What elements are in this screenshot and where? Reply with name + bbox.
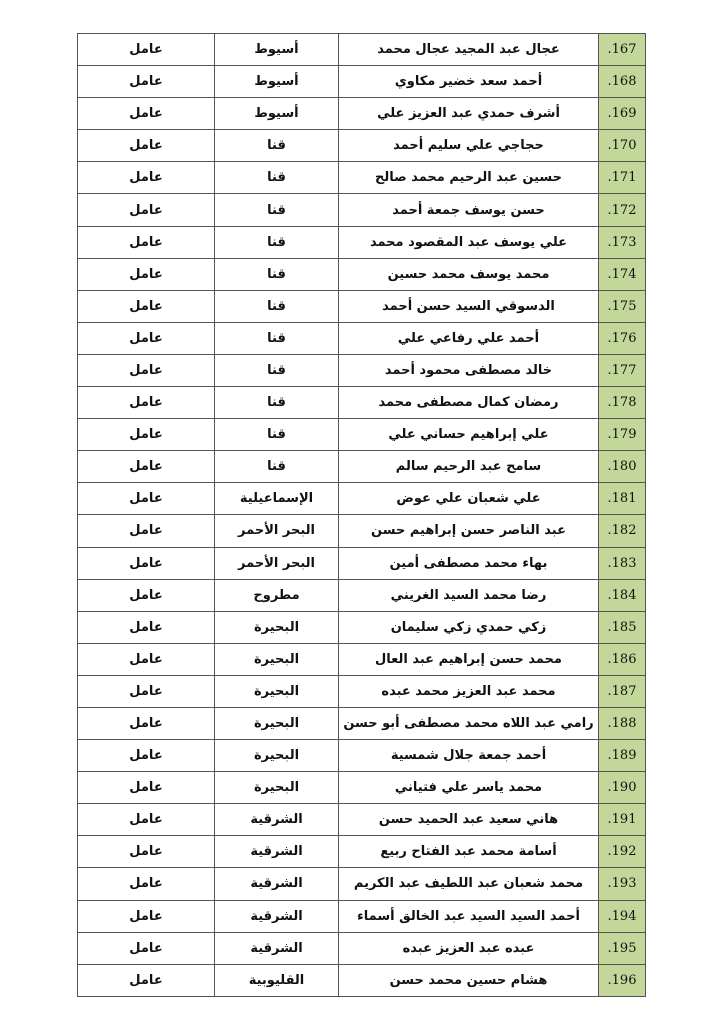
row-number-cell: .182 xyxy=(599,515,646,547)
row-number-cell: .171 xyxy=(599,162,646,194)
governorate-cell: البحر الأحمر xyxy=(215,547,339,579)
name-cell: زكي حمدي زكي سليمان xyxy=(339,611,599,643)
row-number-cell: .187 xyxy=(599,675,646,707)
job-cell: عامل xyxy=(78,964,215,996)
governorate-cell: البحر الأحمر xyxy=(215,515,339,547)
job-cell: عامل xyxy=(78,387,215,419)
table-row: عامل قنا علي إبراهيم حساني علي .179 xyxy=(78,419,646,451)
governorate-cell: البحيرة xyxy=(215,772,339,804)
name-cell: رمضان كمال مصطفى محمد xyxy=(339,387,599,419)
row-number-cell: .172 xyxy=(599,194,646,226)
name-cell: محمد عبد العزيز محمد عبده xyxy=(339,675,599,707)
table-row: عامل قنا خالد مصطفى محمود أحمد .177 xyxy=(78,354,646,386)
name-cell: محمد شعبان عبد اللطيف عبد الكريم xyxy=(339,868,599,900)
governorate-cell: قنا xyxy=(215,258,339,290)
governorate-cell: أسيوط xyxy=(215,98,339,130)
row-number-cell: .184 xyxy=(599,579,646,611)
row-number-cell: .177 xyxy=(599,354,646,386)
name-cell: عبد الناصر حسن إبراهيم حسن xyxy=(339,515,599,547)
row-number-cell: .174 xyxy=(599,258,646,290)
row-number-cell: .181 xyxy=(599,483,646,515)
name-cell: حسين عبد الرحيم محمد صالح xyxy=(339,162,599,194)
row-number-cell: .185 xyxy=(599,611,646,643)
name-cell: عجال عبد المجيد عجال محمد xyxy=(339,34,599,66)
row-number-cell: .170 xyxy=(599,130,646,162)
row-number-cell: .193 xyxy=(599,868,646,900)
name-cell: الدسوقي السيد حسن أحمد xyxy=(339,290,599,322)
name-cell: أشرف حمدي عبد العزيز علي xyxy=(339,98,599,130)
job-cell: عامل xyxy=(78,515,215,547)
table-row: عامل البحيرة محمد ياسر علي فتياني .190 xyxy=(78,772,646,804)
job-cell: عامل xyxy=(78,194,215,226)
row-number-cell: .186 xyxy=(599,643,646,675)
governorate-cell: قنا xyxy=(215,387,339,419)
row-number-cell: .192 xyxy=(599,836,646,868)
name-cell: أحمد جمعة جلال شمسية xyxy=(339,740,599,772)
name-cell: أسامة محمد عبد الفتاح ربيع xyxy=(339,836,599,868)
job-cell: عامل xyxy=(78,354,215,386)
governorate-cell: البحيرة xyxy=(215,611,339,643)
job-cell: عامل xyxy=(78,836,215,868)
row-number-cell: .196 xyxy=(599,964,646,996)
table-row: عامل البحيرة أحمد جمعة جلال شمسية .189 xyxy=(78,740,646,772)
job-cell: عامل xyxy=(78,162,215,194)
governorate-cell: قنا xyxy=(215,162,339,194)
name-cell: علي إبراهيم حساني علي xyxy=(339,419,599,451)
governorate-cell: البحيرة xyxy=(215,707,339,739)
governorate-cell: أسيوط xyxy=(215,34,339,66)
row-number-cell: .195 xyxy=(599,932,646,964)
table-row: عامل قنا حجاجي علي سليم أحمد .170 xyxy=(78,130,646,162)
table-row: عامل قنا أحمد علي رفاعي علي .176 xyxy=(78,322,646,354)
governorate-cell: الشرقية xyxy=(215,900,339,932)
governorate-cell: قنا xyxy=(215,451,339,483)
name-cell: حجاجي علي سليم أحمد xyxy=(339,130,599,162)
governorate-cell: قنا xyxy=(215,419,339,451)
row-number-cell: .190 xyxy=(599,772,646,804)
table-row: عامل البحيرة محمد حسن إبراهيم عبد العال … xyxy=(78,643,646,675)
row-number-cell: .180 xyxy=(599,451,646,483)
job-cell: عامل xyxy=(78,707,215,739)
job-cell: عامل xyxy=(78,675,215,707)
governorate-cell: البحيرة xyxy=(215,740,339,772)
job-cell: عامل xyxy=(78,290,215,322)
job-cell: عامل xyxy=(78,483,215,515)
table-row: عامل الشرقية عبده عبد العزيز عبده .195 xyxy=(78,932,646,964)
name-cell: محمد حسن إبراهيم عبد العال xyxy=(339,643,599,675)
row-number-cell: .169 xyxy=(599,98,646,130)
job-cell: عامل xyxy=(78,868,215,900)
row-number-cell: .176 xyxy=(599,322,646,354)
job-cell: عامل xyxy=(78,419,215,451)
table-row: عامل الشرقية أسامة محمد عبد الفتاح ربيع … xyxy=(78,836,646,868)
governorate-cell: أسيوط xyxy=(215,66,339,98)
name-cell: أحمد سعد خضير مكاوي xyxy=(339,66,599,98)
job-cell: عامل xyxy=(78,98,215,130)
table-row: عامل قنا محمد يوسف محمد حسين .174 xyxy=(78,258,646,290)
table-row: عامل القليوبية هشام حسين محمد حسن .196 xyxy=(78,964,646,996)
name-cell: عبده عبد العزيز عبده xyxy=(339,932,599,964)
name-cell: أحمد علي رفاعي علي xyxy=(339,322,599,354)
table-row: عامل الشرقية هاني سعيد عبد الحميد حسن .1… xyxy=(78,804,646,836)
job-cell: عامل xyxy=(78,804,215,836)
workers-table-body: عامل أسيوط عجال عبد المجيد عجال محمد .16… xyxy=(78,34,646,997)
governorate-cell: قنا xyxy=(215,130,339,162)
governorate-cell: الإسماعيلية xyxy=(215,483,339,515)
table-row: عامل قنا حسن يوسف جمعة أحمد .172 xyxy=(78,194,646,226)
table-row: عامل الشرقية محمد شعبان عبد اللطيف عبد ا… xyxy=(78,868,646,900)
row-number-cell: .189 xyxy=(599,740,646,772)
name-cell: بهاء محمد مصطفى أمين xyxy=(339,547,599,579)
row-number-cell: .188 xyxy=(599,707,646,739)
governorate-cell: القليوبية xyxy=(215,964,339,996)
table-row: عامل أسيوط أحمد سعد خضير مكاوي .168 xyxy=(78,66,646,98)
job-cell: عامل xyxy=(78,611,215,643)
row-number-cell: .167 xyxy=(599,34,646,66)
table-row: عامل قنا الدسوقي السيد حسن أحمد .175 xyxy=(78,290,646,322)
governorate-cell: قنا xyxy=(215,226,339,258)
table-row: عامل قنا رمضان كمال مصطفى محمد .178 xyxy=(78,387,646,419)
job-cell: عامل xyxy=(78,900,215,932)
table-row: عامل قنا علي يوسف عبد المقصود محمد .173 xyxy=(78,226,646,258)
job-cell: عامل xyxy=(78,451,215,483)
table-row: عامل أسيوط أشرف حمدي عبد العزيز علي .169 xyxy=(78,98,646,130)
name-cell: أحمد السيد السيد عبد الخالق أسماء xyxy=(339,900,599,932)
table-row: عامل الشرقية أحمد السيد السيد عبد الخالق… xyxy=(78,900,646,932)
governorate-cell: البحيرة xyxy=(215,675,339,707)
table-row: عامل مطروح رضا محمد السيد الغريني .184 xyxy=(78,579,646,611)
table-row: عامل الإسماعيلية علي شعبان علي عوض .181 xyxy=(78,483,646,515)
name-cell: علي يوسف عبد المقصود محمد xyxy=(339,226,599,258)
job-cell: عامل xyxy=(78,643,215,675)
governorate-cell: قنا xyxy=(215,194,339,226)
governorate-cell: البحيرة xyxy=(215,643,339,675)
table-row: عامل البحيرة رامي عبد اللاه محمد مصطفى أ… xyxy=(78,707,646,739)
job-cell: عامل xyxy=(78,740,215,772)
name-cell: هشام حسين محمد حسن xyxy=(339,964,599,996)
governorate-cell: الشرقية xyxy=(215,868,339,900)
name-cell: محمد يوسف محمد حسين xyxy=(339,258,599,290)
governorate-cell: الشرقية xyxy=(215,932,339,964)
table-row: عامل البحر الأحمر عبد الناصر حسن إبراهيم… xyxy=(78,515,646,547)
row-number-cell: .191 xyxy=(599,804,646,836)
governorate-cell: قنا xyxy=(215,354,339,386)
job-cell: عامل xyxy=(78,34,215,66)
job-cell: عامل xyxy=(78,547,215,579)
job-cell: عامل xyxy=(78,66,215,98)
governorate-cell: قنا xyxy=(215,322,339,354)
name-cell: خالد مصطفى محمود أحمد xyxy=(339,354,599,386)
row-number-cell: .173 xyxy=(599,226,646,258)
governorate-cell: الشرقية xyxy=(215,836,339,868)
row-number-cell: .175 xyxy=(599,290,646,322)
row-number-cell: .168 xyxy=(599,66,646,98)
name-cell: رضا محمد السيد الغريني xyxy=(339,579,599,611)
job-cell: عامل xyxy=(78,130,215,162)
job-cell: عامل xyxy=(78,772,215,804)
governorate-cell: مطروح xyxy=(215,579,339,611)
name-cell: علي شعبان علي عوض xyxy=(339,483,599,515)
name-cell: حسن يوسف جمعة أحمد xyxy=(339,194,599,226)
row-number-cell: .194 xyxy=(599,900,646,932)
job-cell: عامل xyxy=(78,226,215,258)
job-cell: عامل xyxy=(78,579,215,611)
job-cell: عامل xyxy=(78,932,215,964)
name-cell: هاني سعيد عبد الحميد حسن xyxy=(339,804,599,836)
row-number-cell: .183 xyxy=(599,547,646,579)
governorate-cell: الشرقية xyxy=(215,804,339,836)
name-cell: سامح عبد الرحيم سالم xyxy=(339,451,599,483)
table-row: عامل أسيوط عجال عبد المجيد عجال محمد .16… xyxy=(78,34,646,66)
workers-table: عامل أسيوط عجال عبد المجيد عجال محمد .16… xyxy=(77,33,646,997)
name-cell: محمد ياسر علي فتياني xyxy=(339,772,599,804)
table-row: عامل البحر الأحمر بهاء محمد مصطفى أمين .… xyxy=(78,547,646,579)
table-row: عامل قنا حسين عبد الرحيم محمد صالح .171 xyxy=(78,162,646,194)
job-cell: عامل xyxy=(78,322,215,354)
row-number-cell: .179 xyxy=(599,419,646,451)
governorate-cell: قنا xyxy=(215,290,339,322)
table-row: عامل البحيرة محمد عبد العزيز محمد عبده .… xyxy=(78,675,646,707)
document-page: عامل أسيوط عجال عبد المجيد عجال محمد .16… xyxy=(0,0,724,1024)
table-row: عامل البحيرة زكي حمدي زكي سليمان .185 xyxy=(78,611,646,643)
row-number-cell: .178 xyxy=(599,387,646,419)
table-row: عامل قنا سامح عبد الرحيم سالم .180 xyxy=(78,451,646,483)
job-cell: عامل xyxy=(78,258,215,290)
name-cell: رامي عبد اللاه محمد مصطفى أبو حسن xyxy=(339,707,599,739)
